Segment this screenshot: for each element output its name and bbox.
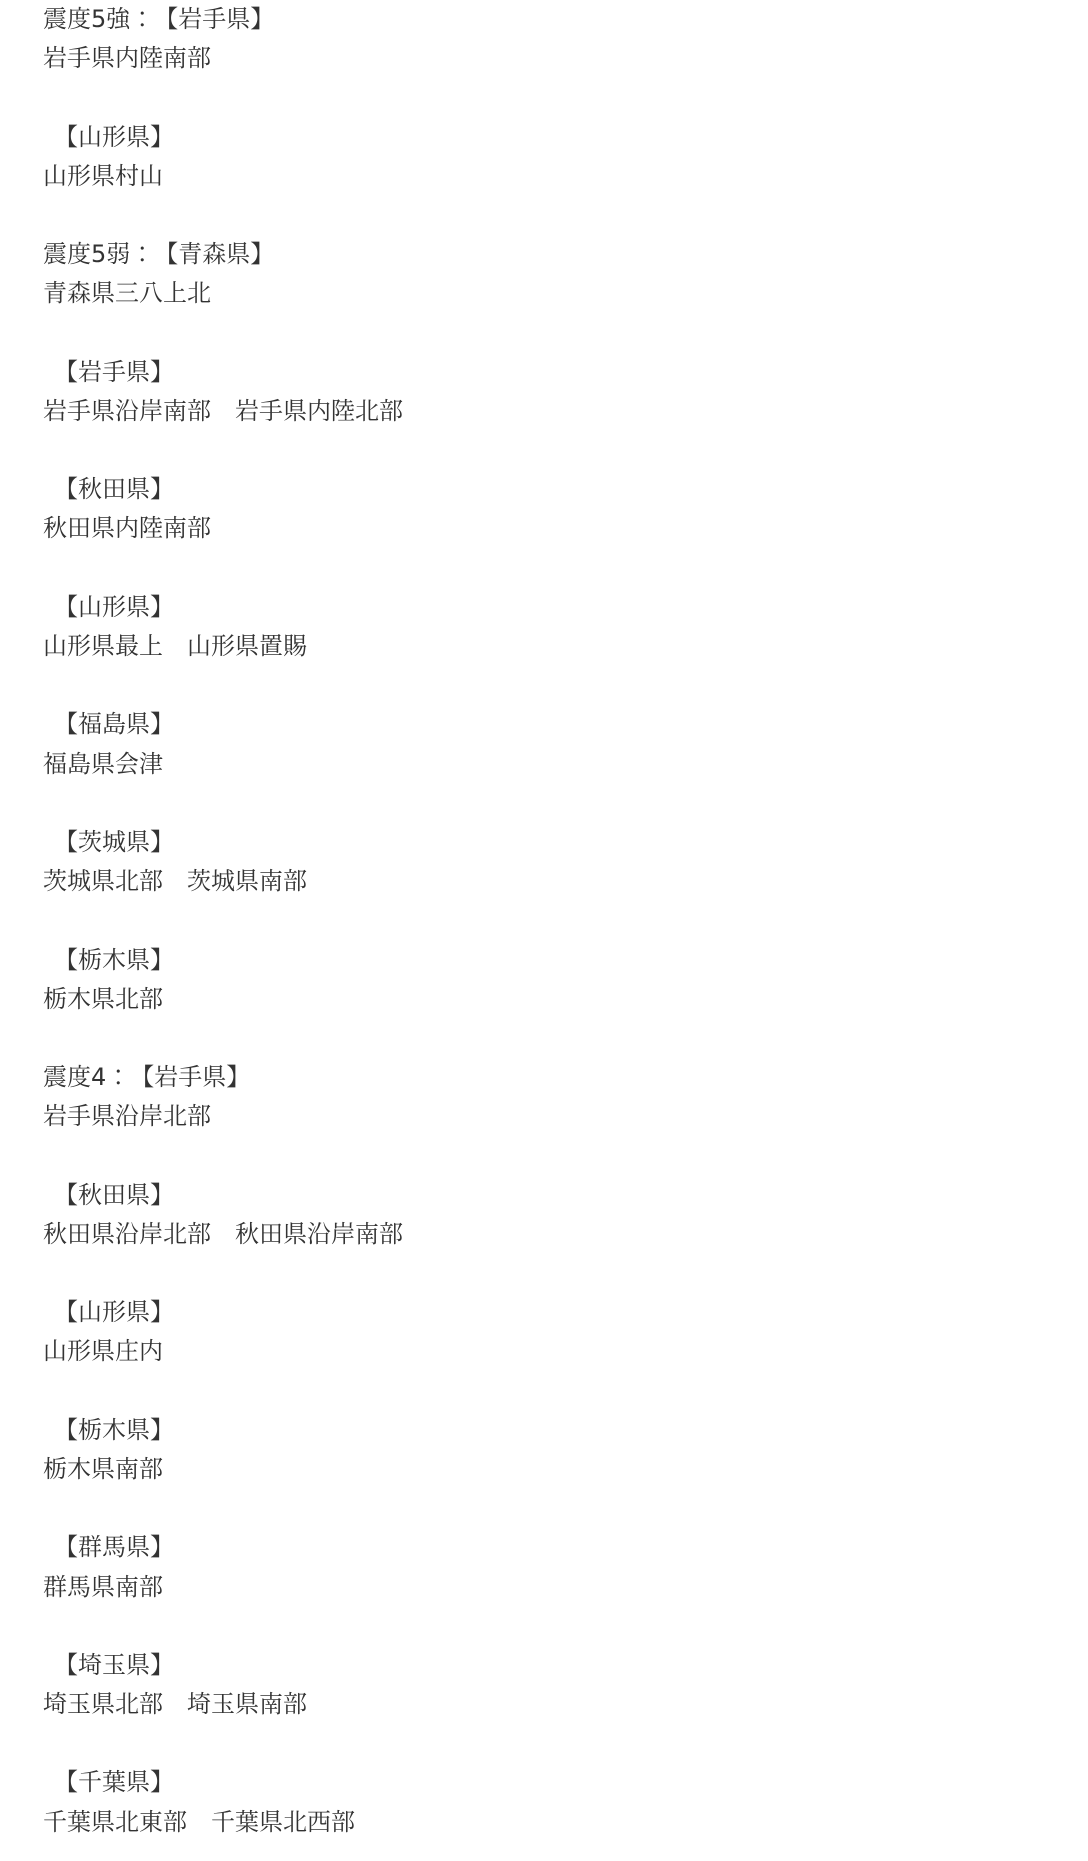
prefecture-header: 【茨城県】 (54, 828, 174, 856)
spacer-line (43, 1489, 1088, 1528)
spacer-line (43, 1019, 1088, 1058)
prefecture-header-line: 【秋田県】 (43, 470, 1088, 509)
spacer-line (43, 431, 1088, 470)
region-line: 岩手県沿岸南部 岩手県内陸北部 (43, 392, 1088, 431)
region-list: 山形県村山 (43, 162, 163, 190)
spacer-line (43, 901, 1088, 940)
region-line: 茨城県北部 茨城県南部 (43, 862, 1088, 901)
prefecture-header: 【秋田県】 (54, 1181, 174, 1209)
region-list: 秋田県沿岸北部 秋田県沿岸南部 (43, 1220, 403, 1248)
prefecture-header: 【埼玉県】 (54, 1651, 174, 1679)
prefecture-header-line: 【山形県】 (43, 588, 1088, 627)
prefecture-header: 【秋田県】 (54, 475, 174, 503)
region-line: 千葉県北東部 千葉県北西部 (43, 1803, 1088, 1842)
region-line: 秋田県沿岸北部 秋田県沿岸南部 (43, 1215, 1088, 1254)
prefecture-header-line: 【岩手県】 (43, 353, 1088, 392)
region-list: 岩手県沿岸北部 (43, 1102, 211, 1130)
region-list: 千葉県北東部 千葉県北西部 (43, 1808, 355, 1836)
prefecture-header: 【群馬県】 (54, 1533, 174, 1561)
prefecture-header-line: 【栃木県】 (43, 941, 1088, 980)
region-list: 栃木県北部 (43, 985, 163, 1013)
prefecture-header-line: 【栃木県】 (43, 1411, 1088, 1450)
region-list: 群馬県南部 (43, 1573, 163, 1601)
region-list: 青森県三八上北 (43, 279, 211, 307)
prefecture-header: 【福島県】 (54, 710, 174, 738)
region-list: 福島県会津 (43, 750, 163, 778)
region-line: 山形県庄内 (43, 1332, 1088, 1371)
region-line: 栃木県北部 (43, 980, 1088, 1019)
spacer-line (43, 784, 1088, 823)
intensity-group-heading: 震度4：【岩手県】 (43, 1058, 1088, 1097)
region-list: 岩手県内陸南部 (43, 44, 211, 72)
seismic-intensity-report: 震度5強：【岩手県】 岩手県内陸南部 【山形県】 山形県村山 震度5弱：【青森県… (0, 0, 1088, 1842)
prefecture-header: 【岩手県】 (166, 5, 274, 33)
region-line: 青森県三八上北 (43, 274, 1088, 313)
prefecture-header: 【岩手県】 (142, 1063, 250, 1091)
prefecture-header: 【山形県】 (54, 593, 174, 621)
intensity-label: 震度5強： (43, 5, 154, 33)
prefecture-header: 【山形県】 (54, 123, 174, 151)
region-line: 岩手県沿岸北部 (43, 1097, 1088, 1136)
region-list: 埼玉県北部 埼玉県南部 (43, 1690, 307, 1718)
spacer-line (43, 1724, 1088, 1763)
spacer-line (43, 1254, 1088, 1293)
prefecture-header: 【千葉県】 (54, 1768, 174, 1796)
intensity-group-heading: 震度5強：【岩手県】 (43, 0, 1088, 39)
prefecture-header-line: 【群馬県】 (43, 1528, 1088, 1567)
region-list: 山形県最上 山形県置賜 (43, 632, 307, 660)
prefecture-header: 【栃木県】 (54, 946, 174, 974)
region-line: 福島県会津 (43, 745, 1088, 784)
region-list: 山形県庄内 (43, 1337, 163, 1365)
spacer-line (43, 549, 1088, 588)
prefecture-header-line: 【埼玉県】 (43, 1646, 1088, 1685)
spacer-line (43, 1136, 1088, 1175)
prefecture-header-line: 【福島県】 (43, 705, 1088, 744)
region-line: 岩手県内陸南部 (43, 39, 1088, 78)
prefecture-header: 【栃木県】 (54, 1416, 174, 1444)
spacer-line (43, 78, 1088, 117)
region-line: 山形県村山 (43, 157, 1088, 196)
region-line: 群馬県南部 (43, 1568, 1088, 1607)
spacer-line (43, 666, 1088, 705)
prefecture-header: 【岩手県】 (54, 358, 174, 386)
prefecture-header-line: 【山形県】 (43, 1293, 1088, 1332)
prefecture-header: 【山形県】 (54, 1298, 174, 1326)
spacer-line (43, 196, 1088, 235)
prefecture-header-line: 【千葉県】 (43, 1763, 1088, 1802)
intensity-label: 震度4： (43, 1063, 130, 1091)
prefecture-header-line: 【茨城県】 (43, 823, 1088, 862)
region-list: 栃木県南部 (43, 1455, 163, 1483)
spacer-line (43, 314, 1088, 353)
region-list: 茨城県北部 茨城県南部 (43, 867, 307, 895)
region-line: 埼玉県北部 埼玉県南部 (43, 1685, 1088, 1724)
prefecture-header-line: 【山形県】 (43, 118, 1088, 157)
region-line: 秋田県内陸南部 (43, 509, 1088, 548)
prefecture-header-line: 【秋田県】 (43, 1176, 1088, 1215)
region-line: 山形県最上 山形県置賜 (43, 627, 1088, 666)
spacer-line (43, 1372, 1088, 1411)
intensity-group-heading: 震度5弱：【青森県】 (43, 235, 1088, 274)
region-list: 秋田県内陸南部 (43, 514, 211, 542)
spacer-line (43, 1607, 1088, 1646)
region-list: 岩手県沿岸南部 岩手県内陸北部 (43, 397, 403, 425)
prefecture-header: 【青森県】 (166, 240, 274, 268)
region-line: 栃木県南部 (43, 1450, 1088, 1489)
intensity-label: 震度5弱： (43, 240, 154, 268)
